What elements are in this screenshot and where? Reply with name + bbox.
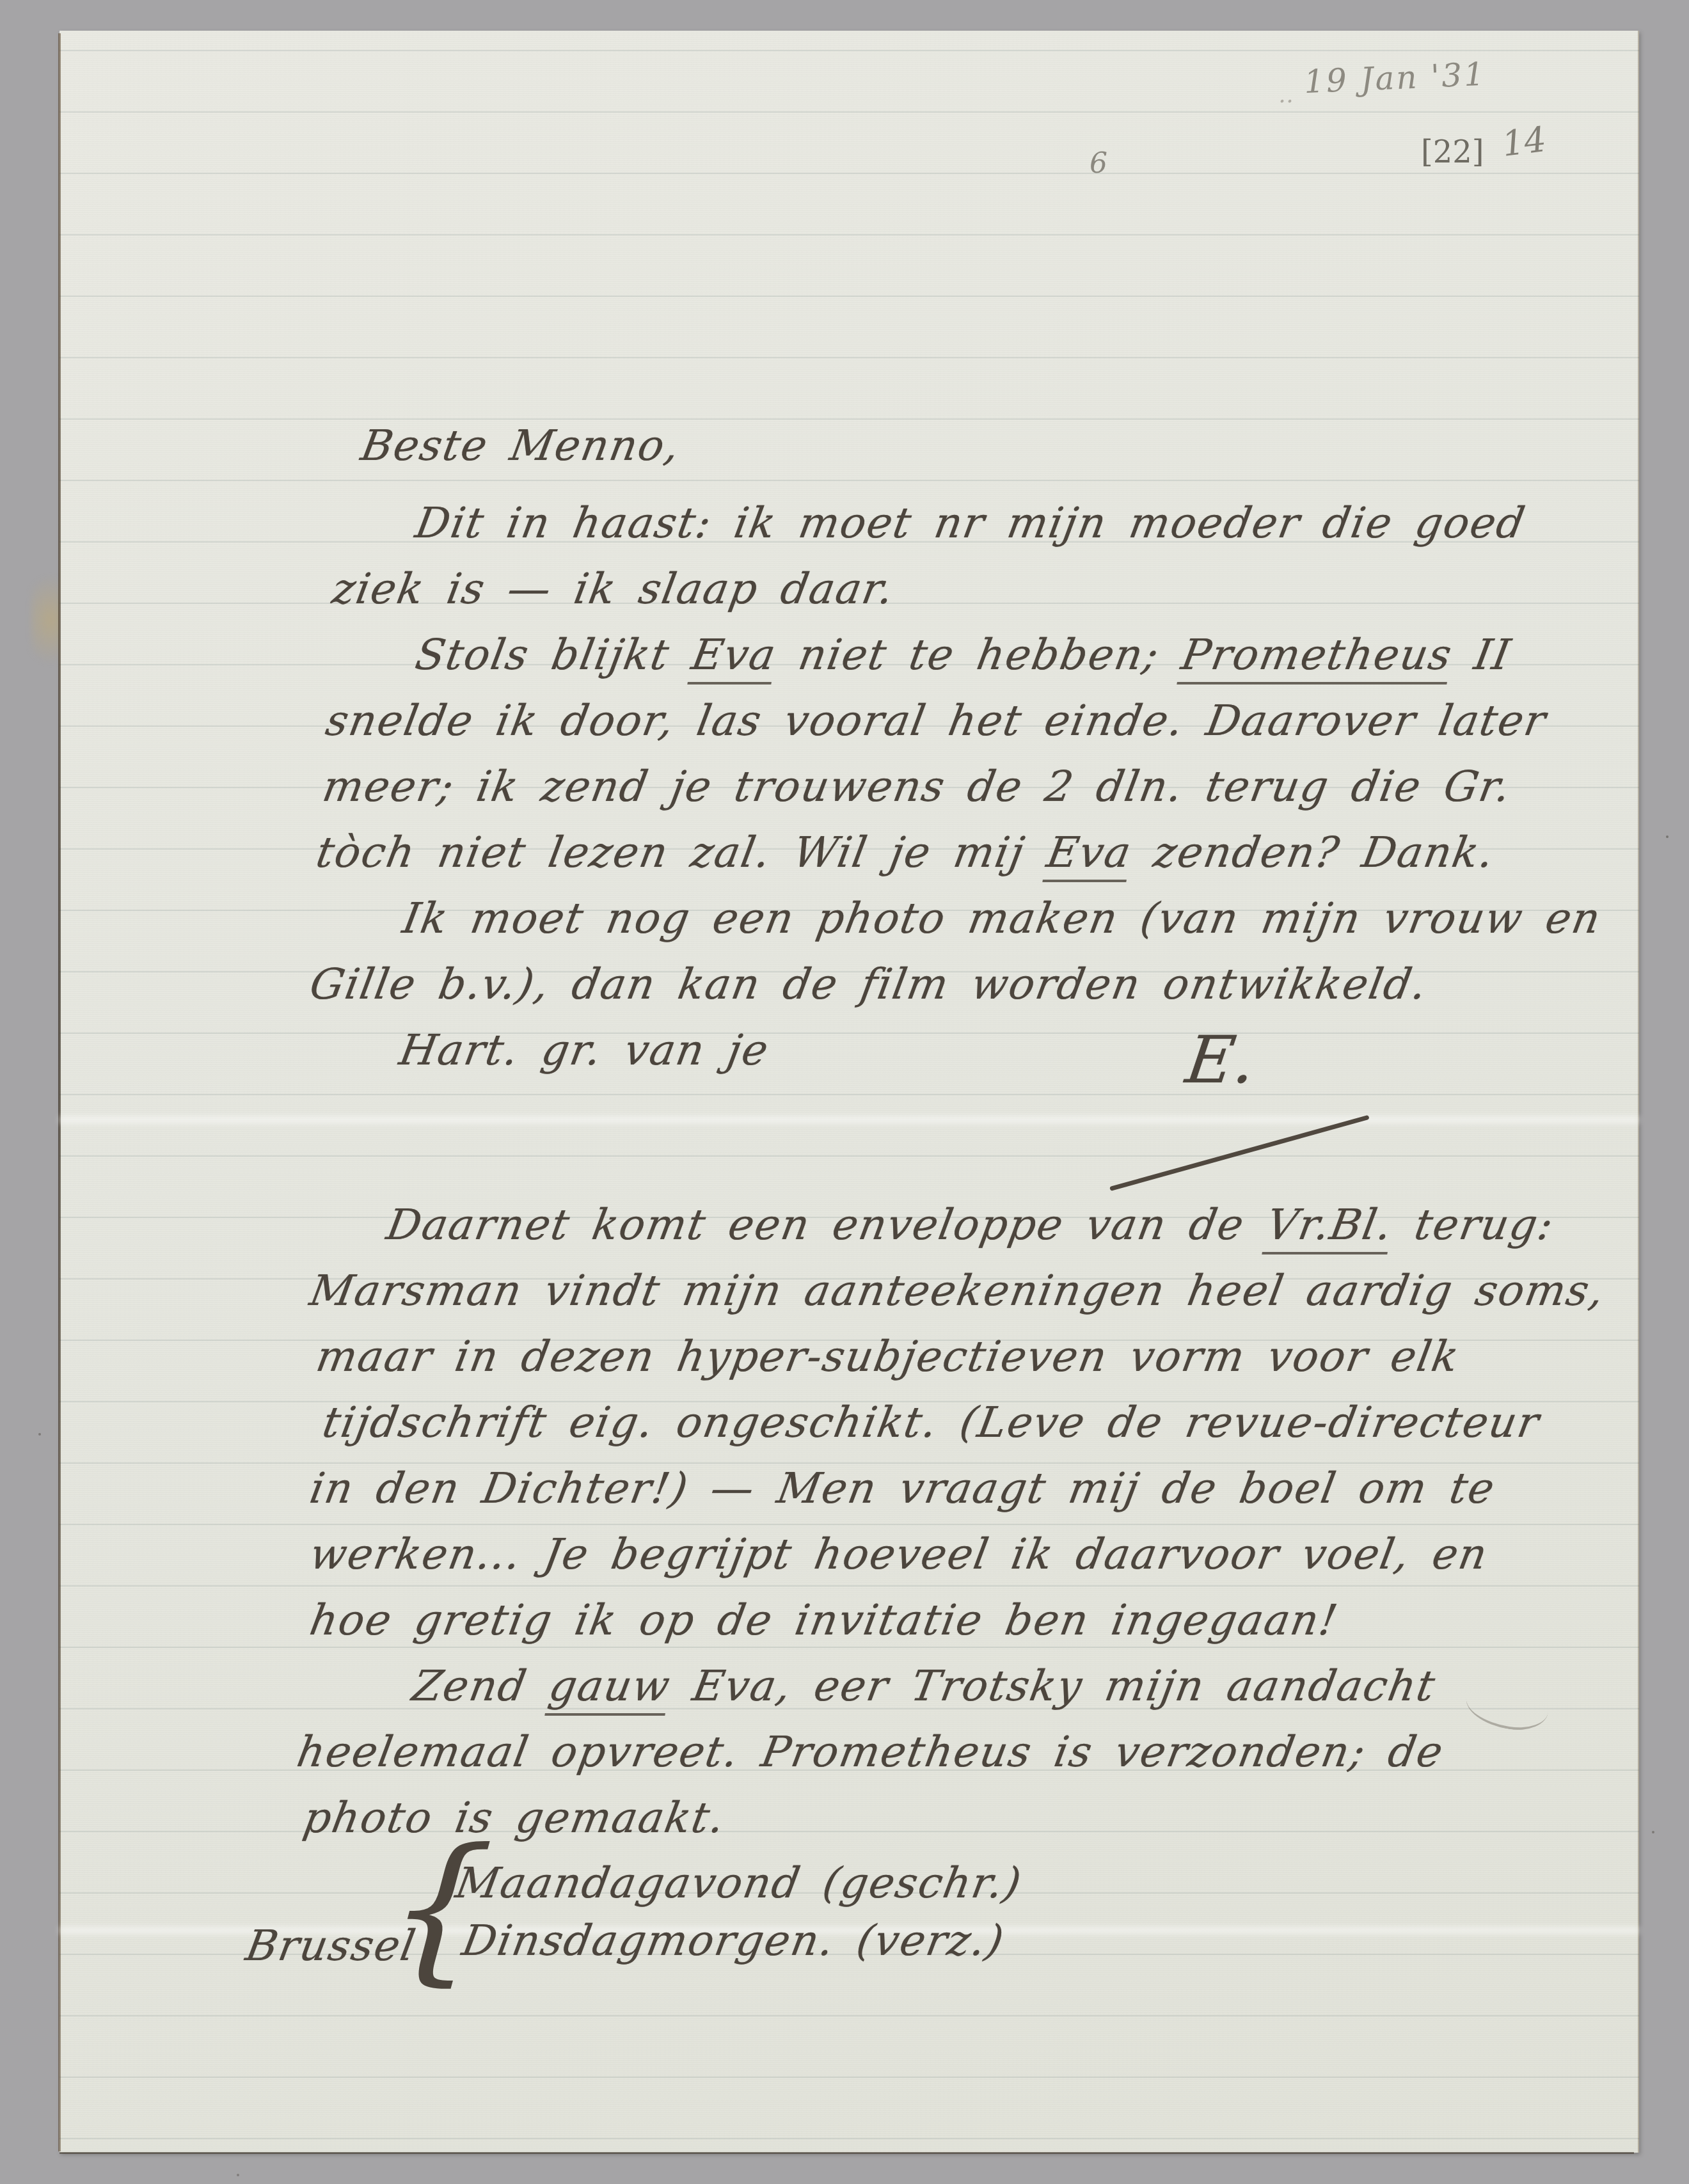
dateline-block: Brussel { Maandagavond (geschr.) Dinsdag… [301,1836,1260,2041]
manuscript-line: maar in dezen hyper-subjectieven vorm vo… [311,1324,1589,1389]
letter-body: Beste Menno, Dit in haast: ik moet nr mi… [301,413,1580,1851]
paragraph: Stols blijkt Eva niet te hebben; Prometh… [301,622,1580,885]
manuscript-line: tijdschrift eig. ongeschikt. (Leve de re… [317,1389,1589,1455]
manuscript-line: ziek is — ik slaap daar. [327,556,1589,622]
text-segment: maar in dezen hyper-subjectieven vorm vo… [313,1332,1464,1381]
text-segment: werken... Je begrijpt hoeveel ik daarvoo… [306,1530,1492,1579]
closing-line: Hart. gr. van je [394,1017,1589,1083]
text-segment: tòch niet lezen zal. Wil je mij [313,828,1052,877]
manuscript-line: in den Dichter!) — Men vraagt mij de boe… [305,1455,1589,1521]
underlined-word: Vr.Bl. [1262,1200,1397,1254]
text-segment: Marsman vindt mijn aanteekeningen heel a… [306,1266,1609,1315]
text-segment: ziek is — ik slaap daar. [329,564,899,613]
dateline-sent: Dinsdagmorgen. (verz.) [457,1908,1010,1974]
letter-paragraphs: Dit in haast: ik moet nr mijn moeder die… [301,490,1580,1017]
text-segment: Stols blijkt [412,630,697,679]
text-segment: niet te hebben; [772,630,1186,679]
manuscript-line: tòch niet lezen zal. Wil je mij Eva zend… [311,819,1589,885]
pencil-scribble-mark: ‥ [1278,82,1294,108]
text-segment: zenden? Dank. [1127,828,1499,877]
pencil-archive-number: [22] [1421,134,1484,170]
paragraph: Ik moet nog een photo maken (van mijn vr… [301,885,1580,1017]
signature-initial: E. [1182,1022,1261,1098]
scanned-letter-scene: ‥ 19 Jan '31 [22] 14 6 Beste Menno, Dit … [0,0,1689,2184]
paragraph: Daarnet komt een enveloppe van de Vr.Bl.… [301,1192,1580,1653]
pencil-small-mark: 6 [1090,147,1107,180]
manuscript-line: heelemaal opvreet. Prometheus is verzond… [292,1719,1589,1785]
manuscript-line: snelde ik door, las vooral het einde. Da… [321,688,1589,754]
postscript-paragraphs: Daarnet komt een enveloppe van de Vr.Bl.… [301,1192,1580,1851]
pencil-date-annotation: 19 Jan '31 [1303,56,1487,100]
underlined-word: Eva [1042,828,1136,882]
text-segment: in den Dichter!) — Men vraagt mij de boe… [306,1464,1500,1513]
pencil-page-number: 14 [1500,119,1548,164]
manuscript-line: Daarnet komt een enveloppe van de Vr.Bl.… [381,1192,1589,1258]
text-segment: terug: [1388,1200,1558,1249]
text-segment: Eva, eer Trotsky mijn aandacht [666,1661,1439,1711]
text-segment: hoe gretig ik op de invitatie ben ingega… [306,1595,1342,1645]
text-segment: II [1448,630,1516,679]
text-segment: Dit in haast: ik moet nr mijn moeder die… [412,498,1530,548]
text-segment: photo is gemaakt. [300,1793,729,1842]
manuscript-line: Marsman vindt mijn aanteekeningen heel a… [305,1258,1589,1324]
manuscript-line: meer; ik zend je trouwens de 2 dln. teru… [317,754,1589,819]
manuscript-line: hoe gretig ik op de invitatie ben ingega… [305,1587,1589,1653]
manuscript-line: werken... Je begrijpt hoeveel ik daarvoo… [305,1521,1589,1587]
manuscript-line: Stols blijkt Eva niet te hebben; Prometh… [410,622,1589,688]
manuscript-line: Dit in haast: ik moet nr mijn moeder die… [410,490,1589,556]
text-segment: Zend [409,1661,554,1711]
manuscript-line: Zend gauw Eva, eer Trotsky mijn aandacht [407,1653,1589,1719]
letter-page: ‥ 19 Jan '31 [22] 14 6 Beste Menno, Dit … [59,31,1639,2153]
underlined-word: Prometheus [1177,630,1456,684]
text-segment: Ik moet nog een photo maken (van mijn vr… [399,894,1605,943]
paragraph: Dit in haast: ik moet nr mijn moeder die… [301,490,1580,622]
salutation-line: Beste Menno, [356,413,1589,479]
dateline-written: Maandagavond (geschr.) [450,1850,1027,1916]
manuscript-line: Ik moet nog een photo maken (van mijn vr… [397,885,1589,951]
underlined-word: Eva [687,630,781,684]
text-segment: meer; ik zend je trouwens de 2 dln. teru… [319,762,1516,811]
underlined-word: gauw [544,1661,675,1716]
text-segment: Daarnet komt een enveloppe van de [383,1200,1272,1249]
text-segment: Gille b.v.), dan kan de film worden ontw… [306,960,1432,1009]
text-segment: heelemaal opvreet. Prometheus is verzond… [294,1727,1448,1776]
manuscript-line: Gille b.v.), dan kan de film worden ontw… [305,951,1589,1017]
text-segment: tijdschrift eig. ongeschikt. (Leve de re… [319,1398,1544,1447]
text-segment: snelde ik door, las vooral het einde. Da… [322,696,1551,745]
